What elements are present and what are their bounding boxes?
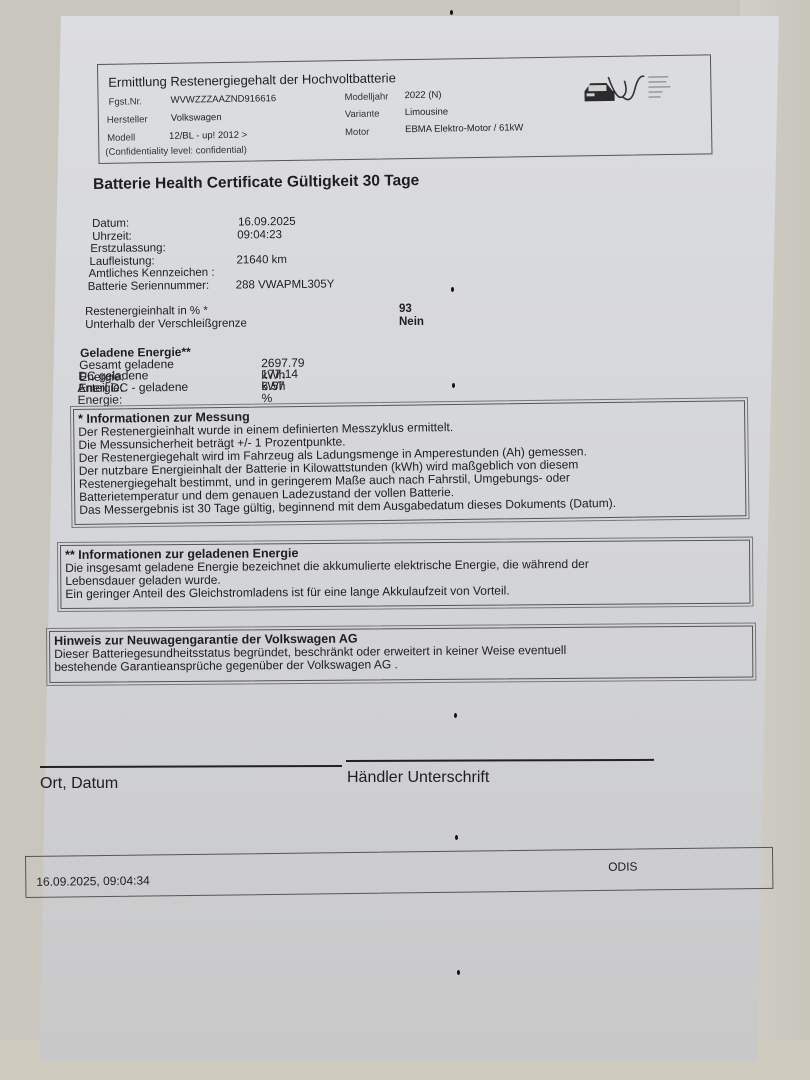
paper-speck	[454, 713, 457, 718]
note-line: Ein geringer Anteil des Gleichstromladen…	[65, 583, 745, 601]
rest-energy-section: Restenergieinhalt in % * Unterhalb der V…	[85, 305, 247, 332]
label-mileage: Laufleistung:	[89, 255, 154, 268]
label-battery-serial: Batterie Seriennummer:	[88, 279, 210, 293]
note-charged-energy-info: ** Informationen zur geladenen Energie D…	[60, 540, 750, 609]
value-model: 12/BL - up! 2012 >	[169, 130, 247, 142]
value-manufacturer: Volkswagen	[171, 112, 222, 124]
paper-speck	[451, 287, 454, 292]
certificate-title: Batterie Health Certificate Gültigkeit 3…	[93, 172, 419, 194]
value-vin: WVWZZZAAZND916616	[170, 93, 276, 106]
value-rest-energy-percent: 93	[399, 303, 412, 315]
label-variant: Variante	[345, 109, 380, 121]
value-mileage: 21640 km	[236, 253, 287, 266]
value-dc-share: 6.57 %	[261, 379, 285, 403]
label-dc-share: Anteil DC - geladene Energie:	[77, 380, 189, 405]
label-time: Uhrzeit:	[92, 230, 132, 243]
dealer-signature-label: Händler Unterschrift	[347, 769, 489, 787]
car-diagnostic-icon	[582, 70, 673, 111]
place-date-signature-line	[40, 765, 342, 768]
value-date: 16.09.2025	[238, 216, 296, 229]
label-wear-limit: Unterhalb der Verschleißgrenze	[85, 318, 247, 332]
value-wear-limit: Nein	[399, 316, 424, 328]
paper-speck	[450, 10, 453, 15]
document-page: Ermittlung Restenergiegehalt der Hochvol…	[0, 0, 810, 1080]
note-line: bestehende Garantieansprüche gegenüber d…	[54, 656, 748, 674]
value-model-year: 2022 (N)	[404, 90, 441, 102]
vehicle-header-box: Ermittlung Restenergiegehalt der Hochvol…	[97, 54, 712, 164]
note-measurement-info: * Informationen zur Messung Der Restener…	[73, 400, 746, 525]
footer-system-name: ODIS	[608, 860, 638, 874]
value-time: 09:04:23	[237, 229, 282, 242]
value-battery-serial: 288 VWAPML305Y	[236, 278, 335, 292]
header-title: Ermittlung Restenergiegehalt der Hochvol…	[108, 70, 396, 90]
label-motor: Motor	[345, 127, 369, 138]
label-date: Datum:	[92, 218, 129, 231]
label-model-year: Modelljahr	[344, 91, 388, 103]
note-warranty-info: Hinweis zur Neuwagengarantie der Volkswa…	[49, 625, 753, 683]
footer-timestamp: 16.09.2025, 09:04:34	[36, 873, 150, 888]
value-variant: Limousine	[405, 106, 448, 118]
label-model: Modell	[107, 132, 135, 143]
certificate-details: Datum:16.09.2025 Uhrzeit:09:04:23 Erstzu…	[92, 215, 393, 293]
label-vin: Fgst.Nr.	[109, 96, 142, 108]
confidentiality-note: (Confidentiality level: confidential)	[105, 145, 247, 158]
label-first-registration: Erstzulassung:	[90, 242, 166, 255]
footer-box: 16.09.2025, 09:04:34 ODIS	[25, 847, 773, 898]
paper-speck	[452, 383, 455, 388]
value-motor: EBMA Elektro-Motor / 61kW	[405, 122, 523, 135]
paper-speck	[455, 835, 458, 840]
dealer-signature-line	[346, 759, 654, 762]
charged-energy-section: Geladene Energie** Gesamt geladene Energ…	[78, 346, 189, 393]
label-manufacturer: Hersteller	[107, 114, 148, 126]
place-date-label: Ort, Datum	[40, 775, 118, 793]
paper-speck	[457, 970, 460, 975]
